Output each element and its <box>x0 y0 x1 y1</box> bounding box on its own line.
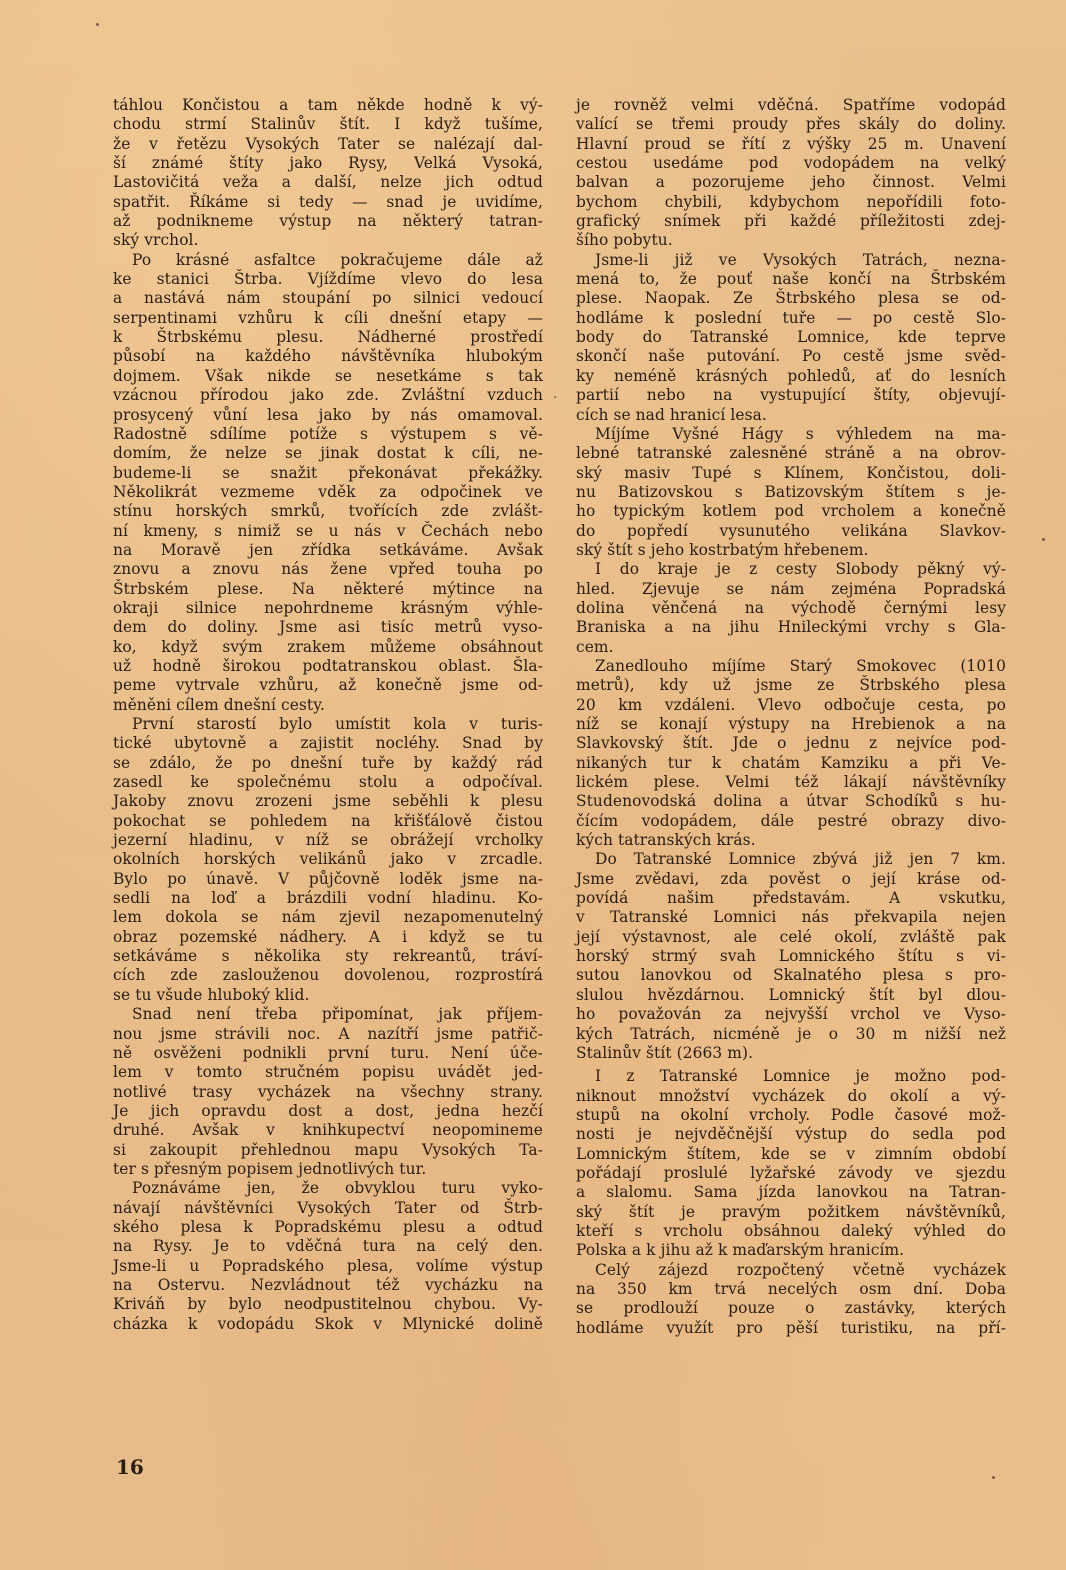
text-line: lickém plese. Velmi též lákají návštěvní… <box>576 773 1006 792</box>
text-line: kých Tatrách, nicméně je o 30 m nižší ne… <box>576 1025 1006 1044</box>
text-line: se prodlouží pouze o zastávky, kterých <box>576 1299 1006 1318</box>
right-column: je rovněž velmi vděčná. Spatříme vodopád… <box>576 96 1006 1338</box>
text-line: grafický snímek při každé příležitosti z… <box>576 212 1006 231</box>
text-line: pořádají proslulé lyžařské závody ve sje… <box>576 1164 1006 1183</box>
text-line: domím, že nelze se jinak dostat k cíli, … <box>113 444 543 463</box>
paragraph: je rovněž velmi vděčná. Spatříme vodopád… <box>576 96 1006 251</box>
text-line: ský masiv Tupé s Klínem, Končistou, doli… <box>576 464 1006 483</box>
text-line: návají návštěvníci Vysokých Tater od Štr… <box>113 1199 543 1218</box>
text-line: na Rysy. Je to vděčná tura na celý den. <box>113 1237 543 1256</box>
text-line: ko, když svým zrakem můžeme obsáhnout <box>113 638 543 657</box>
text-line: Jakoby znovu zrozeni jsme seběhli k ples… <box>113 792 543 811</box>
paragraph: Po krásné asfaltce pokračujeme dále ažke… <box>113 251 543 715</box>
paragraph: Míjíme Vyšné Hágy s výhledem na ma-lebné… <box>576 425 1006 560</box>
paragraph: Jsme-li již ve Vysokých Tatrách, nezna-m… <box>576 251 1006 425</box>
text-line: Kriváň by bylo neodpustitelnou chybou. V… <box>113 1295 543 1314</box>
text-line: ně osvěženi podnikli první turu. Není úč… <box>113 1044 543 1063</box>
text-line: působí na každého návštěvníka hlubokým <box>113 347 543 366</box>
text-line: Do Tatranské Lomnice zbývá již jen 7 km. <box>576 850 1006 869</box>
text-line: šího pobytu. <box>576 231 1006 250</box>
text-line: setkáváme s několika sty rekreantů, tráv… <box>113 947 543 966</box>
text-line: na 350 km trvá necelých osm dní. Doba <box>576 1280 1006 1299</box>
text-line: hodláme využít pro pěší turistiku, na př… <box>576 1319 1006 1338</box>
text-line: se zdálo, že po dnešní tuře by každý rád <box>113 754 543 773</box>
text-line: Stalinův štít (2663 m). <box>576 1044 1006 1063</box>
text-line: dolina věnčená na východě černými lesy <box>576 599 1006 618</box>
paper-speck <box>554 396 556 398</box>
text-line: notlivé trasy vycházek na všechny strany… <box>113 1083 543 1102</box>
text-line: partií nebo na vystupující štíty, objevu… <box>576 386 1006 405</box>
text-line: skončí naše putování. Po cestě jsme svěd… <box>576 347 1006 366</box>
text-line: ského plesa k Popradskému plesu a odtud <box>113 1218 543 1237</box>
text-line: nikaných tur k chatám Kamziku a při Ve- <box>576 754 1006 773</box>
paragraph: Celý zájezd rozpočtený včetně vycházekna… <box>576 1261 1006 1338</box>
document-page: táhlou Končistou a tam někde hodně k vý-… <box>0 0 1066 1570</box>
text-line: ský vrchol. <box>113 231 543 250</box>
text-line: cházka k vodopádu Skok v Mlynické dolině <box>113 1315 543 1334</box>
text-line: Braniska a na jihu Hnileckými vrchy s Gl… <box>576 618 1006 637</box>
text-line: k Štrbskému plesu. Nádherné prostředí <box>113 328 543 347</box>
paragraph: I z Tatranské Lomnice je možno pod-nikno… <box>576 1067 1006 1260</box>
text-line: Snad není třeba připomínat, jak příjem- <box>113 1005 543 1024</box>
paper-speck <box>96 23 99 26</box>
text-line: lem v tomto stručném popisu uvádět jed- <box>113 1063 543 1082</box>
text-line: na Moravě jen zřídka setkáváme. Avšak <box>113 541 543 560</box>
text-line: Polska a k jihu až k maďarským hranicím. <box>576 1241 1006 1260</box>
text-line: povídá našim představám. A vskutku, <box>576 889 1006 908</box>
text-line: Studenovodská dolina a útvar Schodíků s … <box>576 792 1006 811</box>
text-line: Lastovičitá veža a další, nelze jich odt… <box>113 173 543 192</box>
paper-speck <box>992 1476 995 1479</box>
page-number: 16 <box>116 1455 144 1479</box>
text-line: stínu horských smrků, tvořících zde zvlá… <box>113 502 543 521</box>
text-line: cích zde zaslouženou dovolenou, rozprost… <box>113 966 543 985</box>
text-line: cestou usedáme pod vodopádem na velký <box>576 154 1006 173</box>
text-line: si zakoupit přehlednou mapu Vysokých Ta- <box>113 1141 543 1160</box>
text-line: Jsme-li u Popradského plesa, volíme výst… <box>113 1257 543 1276</box>
text-line: níž se konají výstupy na Hrebienok a na <box>576 715 1006 734</box>
text-line: ter s přesným popisem jednotlivých tur. <box>113 1160 543 1179</box>
text-line: plese. Naopak. Ze Štrbského plesa se od- <box>576 289 1006 308</box>
text-line: měněni cílem dnešní cesty. <box>113 696 543 715</box>
text-line: Bylo po únavě. V půjčovně loděk jsme na- <box>113 870 543 889</box>
text-line: Štrbském plese. Na některé mýtince na <box>113 580 543 599</box>
text-line: Je jich opravdu dost a dost, jedna hezčí <box>113 1102 543 1121</box>
text-line: že v řetězu Vysokých Tater se nalézají d… <box>113 135 543 154</box>
text-line: body do Tatranské Lomnice, kde teprve <box>576 328 1006 347</box>
text-line: její výstavnost, ale celé okolí, zvláště… <box>576 928 1006 947</box>
text-line: vzácnou přírodou jako zde. Zvláštní vzdu… <box>113 386 543 405</box>
text-line: a slalomu. Sama jízda lanovkou na Tatran… <box>576 1183 1006 1202</box>
text-line: už hodně širokou podtatranskou oblast. Š… <box>113 657 543 676</box>
text-line: chodu strmí Stalinův štít. I když tušíme… <box>113 115 543 134</box>
paragraph: táhlou Končistou a tam někde hodně k vý-… <box>113 96 543 251</box>
text-line: Po krásné asfaltce pokračujeme dále až <box>113 251 543 270</box>
text-line: okolních horských velikánů jako v zrcadl… <box>113 850 543 869</box>
paragraph: První starostí bylo umístit kola v turis… <box>113 715 543 1005</box>
text-line: cích se nad hranicí lesa. <box>576 406 1006 425</box>
text-line: hodláme k poslední tuře — po cestě Slo- <box>576 309 1006 328</box>
text-line: stupů na okolní vrcholy. Podle časové mo… <box>576 1106 1006 1125</box>
text-line: 20 km vzdáleni. Vlevo odbočuje cesta, po <box>576 696 1006 715</box>
text-line: niknout množství vycházek do okolí a vý- <box>576 1087 1006 1106</box>
text-line: Celý zájezd rozpočtený včetně vycházek <box>576 1261 1006 1280</box>
text-line: tické ubytovně a zajistit nocléhy. Snad … <box>113 734 543 753</box>
text-line: balvan a pozorujeme jeho činnost. Velmi <box>576 173 1006 192</box>
text-line: do popředí vysunutého velikána Slavkov- <box>576 522 1006 541</box>
text-line: dem do doliny. Jsme asi tisíc metrů vyso… <box>113 618 543 637</box>
text-line: ke stanici Štrba. Vjíždíme vlevo do lesa <box>113 270 543 289</box>
text-line: ho typickým kotlem pod vrcholem a konečn… <box>576 502 1006 521</box>
text-line: druhé. Avšak v knihkupectví neopomineme <box>113 1121 543 1140</box>
text-line: sedli na loď a brázdili vodní hladinu. K… <box>113 889 543 908</box>
text-line: Jsme-li již ve Vysokých Tatrách, nezna- <box>576 251 1006 270</box>
text-line: ní kmeny, s nimiž se u nás v Čechách neb… <box>113 522 543 541</box>
text-line: cem. <box>576 638 1006 657</box>
text-line: I z Tatranské Lomnice je možno pod- <box>576 1067 1006 1086</box>
text-line: Míjíme Vyšné Hágy s výhledem na ma- <box>576 425 1006 444</box>
text-line: ho považován za nejvyšší vrchol ve Vyso- <box>576 1005 1006 1024</box>
text-line: je rovněž velmi vděčná. Spatříme vodopád <box>576 96 1006 115</box>
text-line: metrů), kdy už jsme ze Štrbského plesa <box>576 676 1006 695</box>
text-line: budeme-li se snažit překonávat překážky. <box>113 464 543 483</box>
text-line: Radostně sdílíme potíže s výstupem s vě- <box>113 425 543 444</box>
text-line: Poznáváme jen, že obvyklou turu vyko- <box>113 1179 543 1198</box>
text-line: dojmem. Však nikde se nesetkáme s tak <box>113 367 543 386</box>
text-line: lebné tatranské zalesněné stráně a na ob… <box>576 444 1006 463</box>
paragraph: Zanedlouho míjíme Starý Smokovec (1010me… <box>576 657 1006 850</box>
text-line: táhlou Končistou a tam někde hodně k vý- <box>113 96 543 115</box>
paragraph: Snad není třeba připomínat, jak příjem-n… <box>113 1005 543 1179</box>
text-line: okraji silnice nepohrdneme krásným výhle… <box>113 599 543 618</box>
paragraph: Do Tatranské Lomnice zbývá již jen 7 km.… <box>576 850 1006 1063</box>
text-line: nou jsme strávili noc. A nazítří jsme pa… <box>113 1025 543 1044</box>
text-line: Zanedlouho míjíme Starý Smokovec (1010 <box>576 657 1006 676</box>
text-line: ský štít je pravým požitkem návštěvníků, <box>576 1203 1006 1222</box>
text-line: První starostí bylo umístit kola v turis… <box>113 715 543 734</box>
text-line: hled. Zjevuje se nám zejména Popradská <box>576 580 1006 599</box>
text-line: kých tatranských krás. <box>576 831 1006 850</box>
text-line: horský strmý svah Lomnického štítu s vi- <box>576 947 1006 966</box>
left-column: táhlou Končistou a tam někde hodně k vý-… <box>113 96 543 1334</box>
text-line: zasedl ke společnému stolu a odpočíval. <box>113 773 543 792</box>
text-line: Hlavní proud se řítí z výšky 25 m. Unave… <box>576 135 1006 154</box>
text-line: nu Batizovskou s Batizovským štítem s je… <box>576 483 1006 502</box>
text-line: spatřit. Říkáme si tedy — snad je uvidím… <box>113 193 543 212</box>
text-line: nosti je nejvděčnější výstup do sedla po… <box>576 1125 1006 1144</box>
text-line: jezerní hladinu, v níž se obrážejí vrcho… <box>113 831 543 850</box>
text-line: ší známé štíty jako Rysy, Velká Vysoká, <box>113 154 543 173</box>
text-line: valící se třemi proudy přes skály do dol… <box>576 115 1006 134</box>
text-line: sutou lanovkou od Skalnatého plesa s pro… <box>576 966 1006 985</box>
text-line: Jsme zvědavi, zda pověst o její kráse od… <box>576 870 1006 889</box>
text-line: bychom chybili, kdybychom nepořídili fot… <box>576 193 1006 212</box>
text-line: obraz pozemské nádhery. A i když se tu <box>113 928 543 947</box>
text-line: ský štít s jeho kostrbatým hřebenem. <box>576 541 1006 560</box>
text-line: znovu a znovu nás žene vpřed touha po <box>113 560 543 579</box>
text-line: ky neméně krásných pohledů, ať do lesníc… <box>576 367 1006 386</box>
text-line: mená to, že pouť naše končí na Štrbském <box>576 270 1006 289</box>
text-line: v Tatranské Lomnici nás překvapila nejen <box>576 908 1006 927</box>
paragraph: I do kraje je z cesty Slobody pěkný vý-h… <box>576 560 1006 657</box>
paragraph: Poznáváme jen, že obvyklou turu vyko-náv… <box>113 1179 543 1334</box>
text-line: na Ostervu. Nezvládnout též vycházku na <box>113 1276 543 1295</box>
text-line: pokochat se pohledem na křišťálově čisto… <box>113 812 543 831</box>
paper-speck <box>1042 538 1045 541</box>
text-line: se tu všude hluboký klid. <box>113 986 543 1005</box>
text-line: serpentinami vzhůru k cíli dnešní etapy … <box>113 309 543 328</box>
text-line: Několikrát vezmeme vděk za odpočinek ve <box>113 483 543 502</box>
text-line: prosycený vůní lesa jako by nás omamoval… <box>113 406 543 425</box>
text-line: lem dokola se nám zjevil nezapomenutelný <box>113 908 543 927</box>
text-line: slulou hvězdárnou. Lomnický štít byl dlo… <box>576 986 1006 1005</box>
text-line: kteří s vrcholu obsáhnou daleký výhled d… <box>576 1222 1006 1241</box>
text-line: a nastává nám stoupání po silnici vedouc… <box>113 289 543 308</box>
text-line: až podnikneme výstup na některý tatran- <box>113 212 543 231</box>
text-line: I do kraje je z cesty Slobody pěkný vý- <box>576 560 1006 579</box>
text-line: Slavkovský štít. Jde o jednu z nejvíce p… <box>576 734 1006 753</box>
text-line: Lomnickým štítem, kde se v zimním období <box>576 1145 1006 1164</box>
text-line: peme vytrvale vzhůru, až konečně jsme od… <box>113 676 543 695</box>
text-line: čícím vodopádem, dále pestré obrazy divo… <box>576 812 1006 831</box>
